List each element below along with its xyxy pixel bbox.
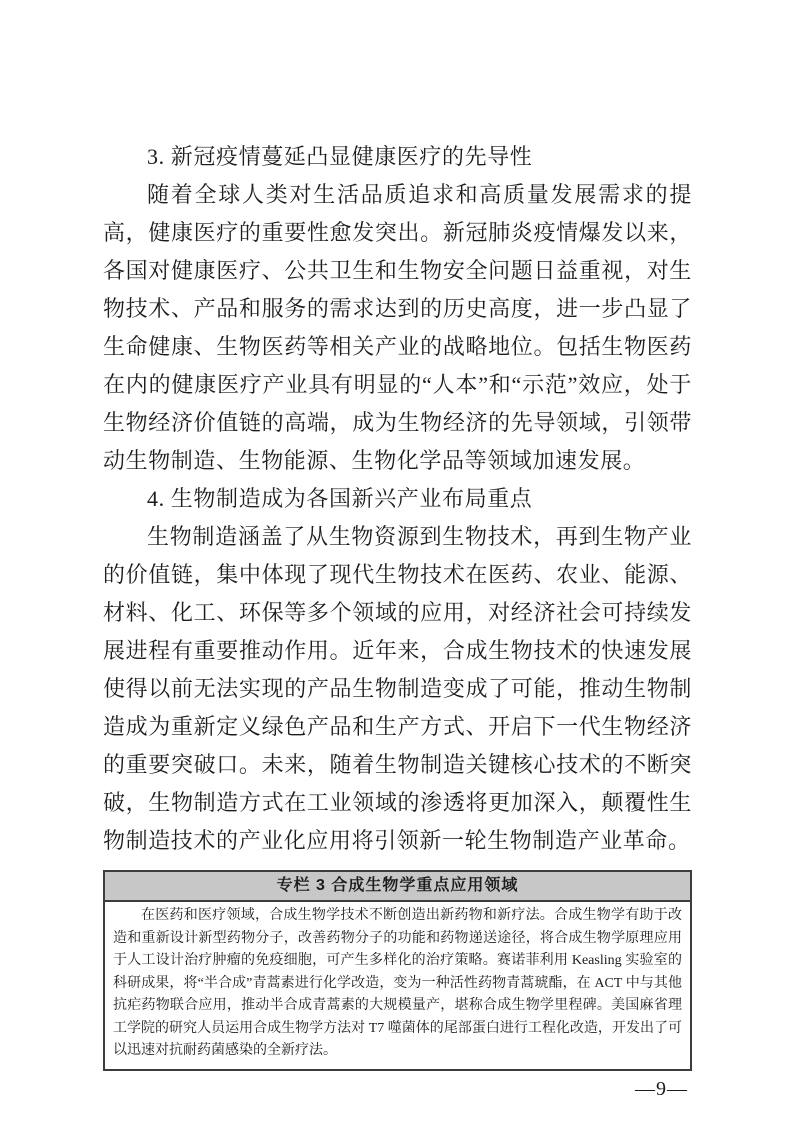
callout-box-body: 在医药和医疗领域，合成生物学技术不断创造出新药物和新疗法。合成生物学有助于改造和… bbox=[105, 902, 690, 1069]
page-number: —9— bbox=[103, 1078, 692, 1101]
section-3-paragraph: 随着全球人类对生活品质追求和高质量发展需求的提高，健康医疗的重要性愈发突出。新冠… bbox=[103, 176, 692, 480]
callout-box: 专栏 3 合成生物学重点应用领域 在医药和医疗领域，合成生物学技术不断创造出新药… bbox=[103, 870, 692, 1071]
page-content: 3. 新冠疫情蔓延凸显健康医疗的先导性 随着全球人类对生活品质追求和高质量发展需… bbox=[103, 138, 692, 1101]
section-heading-4: 4. 生物制造成为各国新兴产业布局重点 bbox=[103, 480, 692, 518]
callout-box-title: 专栏 3 合成生物学重点应用领域 bbox=[105, 872, 690, 902]
section-4-paragraph: 生物制造涵盖了从生物资源到生物技术，再到生物产业的价值链，集中体现了现代生物技术… bbox=[103, 518, 692, 860]
section-heading-3: 3. 新冠疫情蔓延凸显健康医疗的先导性 bbox=[103, 138, 692, 176]
document-page: 3. 新冠疫情蔓延凸显健康医疗的先导性 随着全球人类对生活品质追求和高质量发展需… bbox=[0, 0, 793, 1122]
